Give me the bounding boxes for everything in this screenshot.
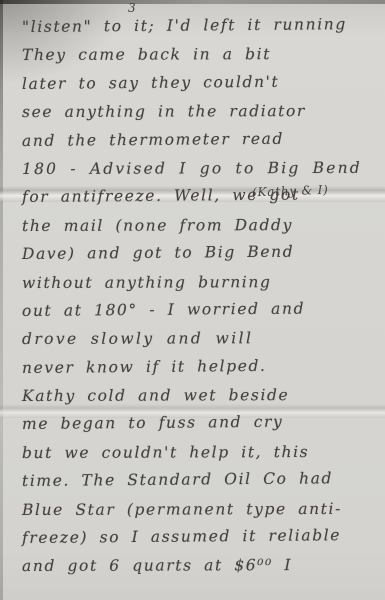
handwritten-line: Dave) and got to Big Bend (22, 237, 381, 269)
handwritten-line: see anything in the radiator (22, 97, 381, 127)
handwritten-line: without anything burning (22, 267, 381, 297)
handwritten-line: the mail (none from Daddy (22, 210, 381, 240)
handwritten-line: Kathy cold and wet beside (22, 381, 381, 411)
handwritten-line: time. The Standard Oil Co had (22, 464, 381, 496)
interlinear-insertion-note: (Kathy & I) (252, 183, 329, 200)
scan-left-edge-shadow (0, 0, 3, 600)
handwritten-line: "listen" to it; I'd left it running (22, 10, 381, 42)
letter-page: 3 "listen" to it; I'd left it running Th… (0, 0, 385, 600)
handwritten-line: and the thermometer read (22, 123, 381, 155)
handwritten-line: later to say they couldn't (22, 67, 381, 99)
handwritten-line: 180 - Advised I go to Big Bend (22, 154, 381, 184)
handwritten-line: Blue Star (permanent type anti- (22, 494, 381, 524)
handwritten-line: never know if it helped. (22, 351, 381, 383)
handwritten-line: me began to fuss and cry (22, 407, 381, 439)
handwritten-line: but we couldn't help it, this (22, 438, 381, 468)
handwritten-line: and got 6 quarts at $6⁰⁰ I (22, 551, 381, 581)
handwritten-line: drove slowly and will (22, 324, 381, 354)
scan-top-edge-shadow (0, 0, 385, 4)
handwritten-line: They came back in a bit (22, 40, 381, 70)
handwriting-block: "listen" to it; I'd left it running They… (22, 13, 381, 581)
handwritten-line: out at 180° - I worried and (22, 294, 381, 326)
handwritten-line: freeze) so I assumed it reliable (22, 521, 381, 553)
